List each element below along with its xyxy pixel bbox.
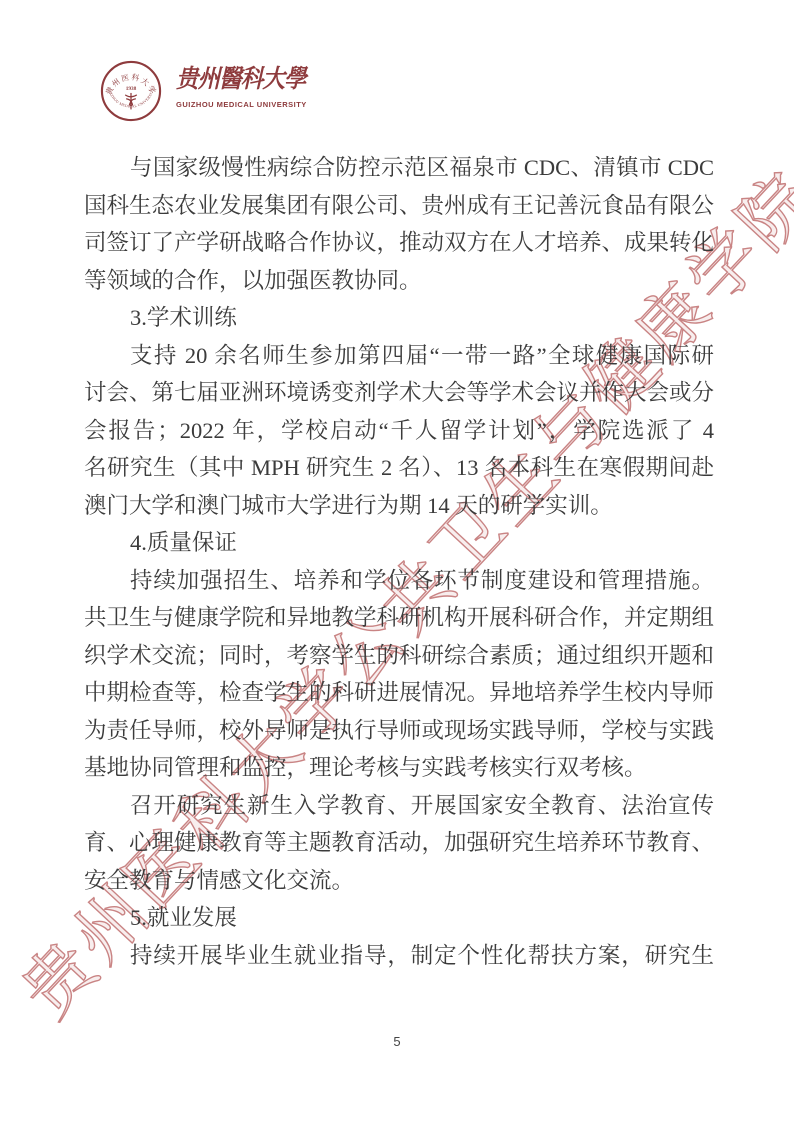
text-line: 中期检查等，检查学生的科研进展情况。异地培养学生校内导师 [84,674,714,712]
document-page: 贵州医科大学公共卫生与健康学院 贵州医科大学 1938 GUIZHOU MEDI… [0,0,794,1123]
text-line: 共卫生与健康学院和异地教学科研机构开展科研合作，并定期组 [84,599,714,637]
text-line: 名研究生（其中 MPH 研究生 2 名）、13 名本科生在寒假期间赴 [84,449,714,487]
text-line: 讨会、第七届亚洲环境诱变剂学术大会等学术会议并作大会或分 [84,374,714,412]
text-line: 国科生态农业发展集团有限公司、贵州成有王记善沅食品有限公 [84,187,714,225]
text-line: 为责任导师，校外导师是执行导师或现场实践导师，学校与实践 [84,712,714,750]
text-line: 支持 20 余名师生参加第四届“一带一路”全球健康国际研 [84,337,714,375]
university-seal-icon: 贵州医科大学 1938 GUIZHOU MEDICAL UNIVERSITY [100,60,162,122]
text-line: 织学术交流；同时，考察学生的科研综合素质；通过组织开题和 [84,637,714,675]
text-line: 育、心理健康教育等主题教育活动，加强研究生培养环节教育、 [84,824,714,862]
text-line: 安全教育与情感文化交流。 [84,862,714,900]
logo-text-block: 贵州醫科大學 GUIZHOU MEDICAL UNIVERSITY [176,60,320,109]
text-line: 持续开展毕业生就业指导，制定个性化帮扶方案，研究生初 [84,937,714,975]
text-line: 基地协同管理和监控，理论考核与实践考核实行双考核。 [84,749,714,787]
page-number: 5 [393,1034,400,1049]
university-wordmark-en: GUIZHOU MEDICAL UNIVERSITY [176,100,320,109]
text-line: 持续加强招生、培养和学位各环节制度建设和管理措施。公 [84,562,714,600]
document-body: 与国家级慢性病综合防控示范区福泉市 CDC、清镇市 CDC 及国科生态农业发展集… [84,149,714,974]
text-line: 司签订了产学研战略合作协议，推动双方在人才培养、成果转化 [84,224,714,262]
text-line: 召开研究生新生入学教育、开展国家安全教育、法治宣传教 [84,787,714,825]
university-logo: 贵州医科大学 1938 GUIZHOU MEDICAL UNIVERSITY 贵… [100,60,320,122]
text-line: 澳门大学和澳门城市大学进行为期 14 天的研学实训。 [84,487,714,525]
section-heading: 4.质量保证 [84,524,714,562]
text-line: 会报告；2022 年，学校启动“千人留学计划”，学院选派了 4 [84,412,714,450]
text-line: 与国家级慢性病综合防控示范区福泉市 CDC、清镇市 CDC 及 [84,149,714,187]
page-footer: 5 [0,1033,794,1051]
text-line: 等领域的合作，以加强医教协同。 [84,262,714,300]
section-heading: 5.就业发展 [84,899,714,937]
university-wordmark: 贵州醫科大學 [176,66,306,94]
section-heading: 3.学术训练 [84,299,714,337]
seal-year: 1938 [126,86,137,92]
